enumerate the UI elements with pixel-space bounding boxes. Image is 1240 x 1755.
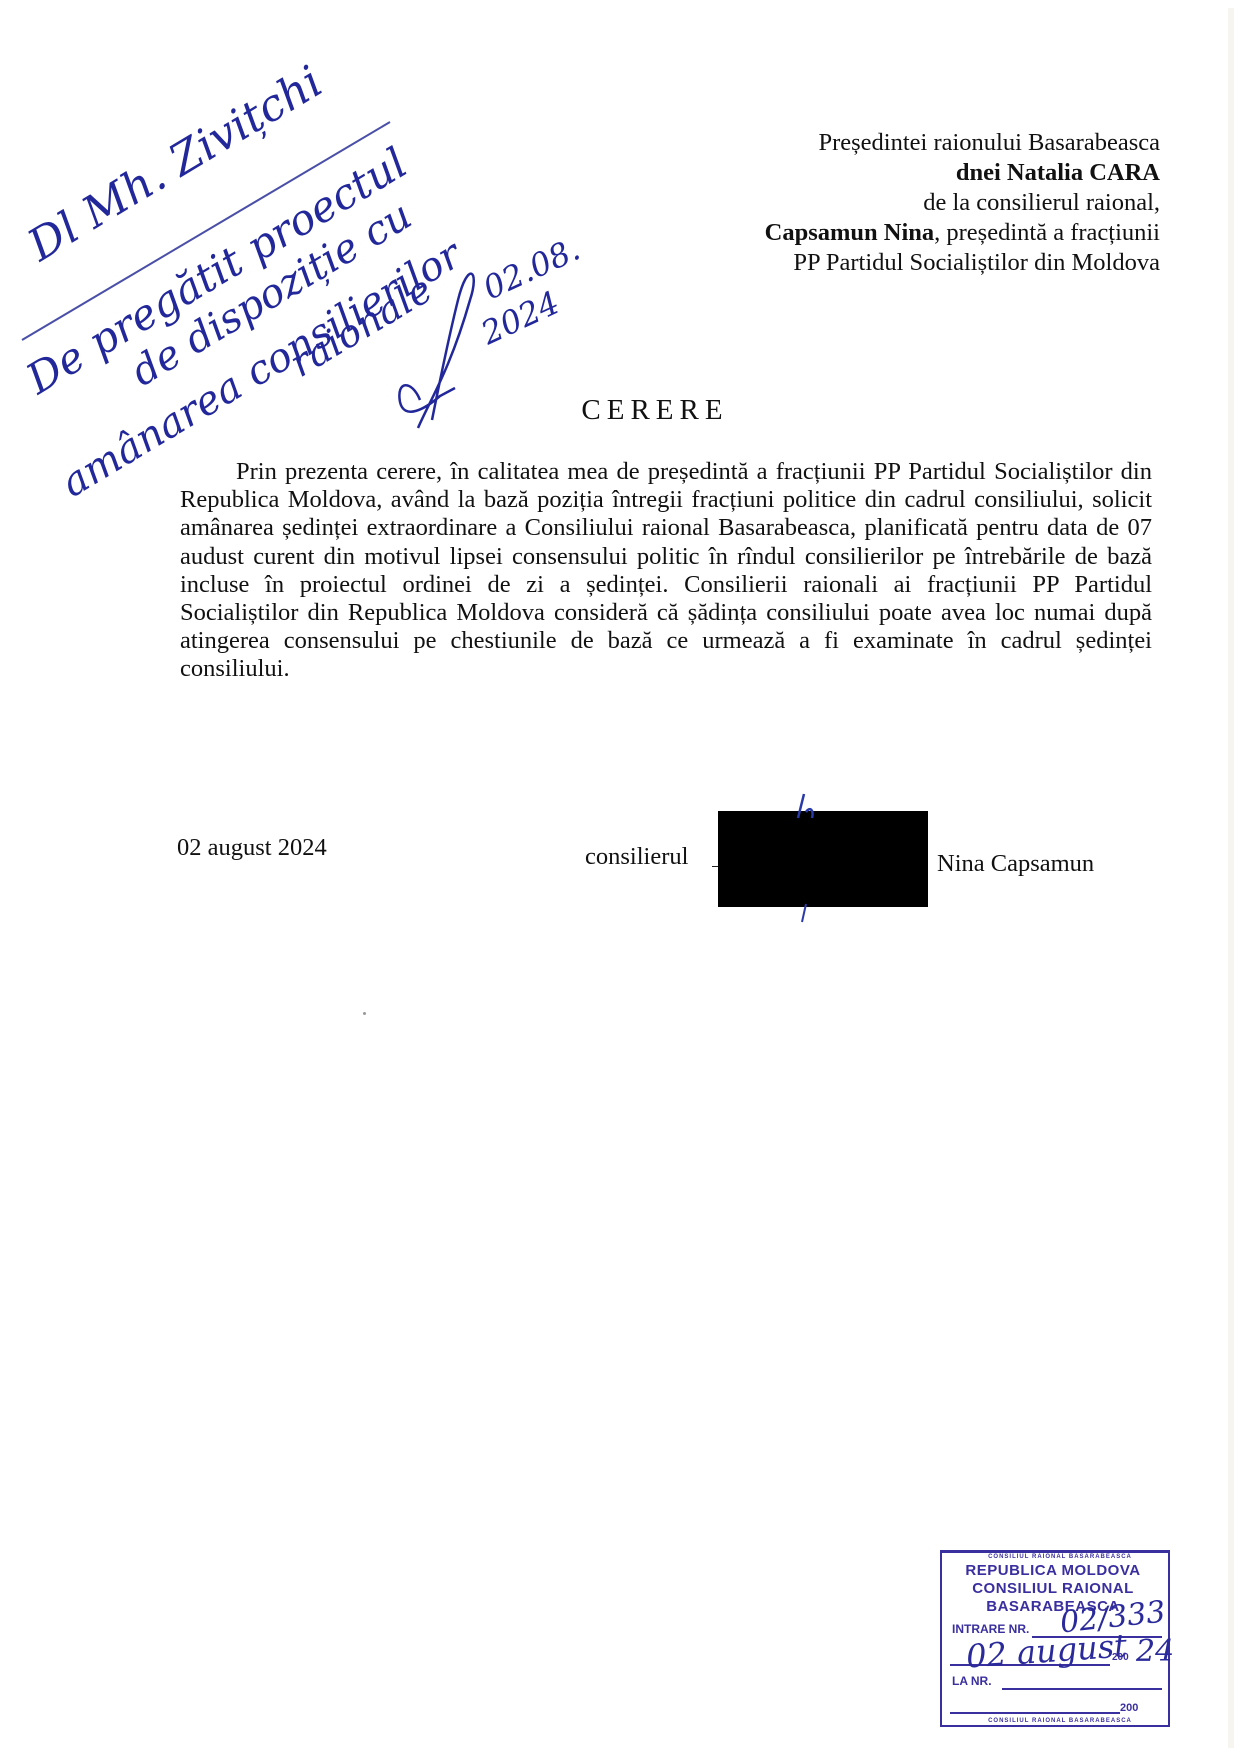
stamp-year-prefix-2: 200 — [1120, 1702, 1138, 1714]
addressee-name: dnei Natalia CARA — [765, 158, 1160, 188]
stamp-la-nr-label: LA NR. — [952, 1674, 992, 1688]
request-body: Prin prezenta cerere, în calitatea mea d… — [180, 458, 1152, 684]
stamp-rule-4 — [950, 1712, 1120, 1714]
document-date: 02 august 2024 — [177, 834, 327, 862]
document-title: CERERE — [0, 394, 1240, 427]
stamp-year-prefix: 200 — [1112, 1652, 1129, 1663]
handwritten-resolution: Dl Mh. Zivițchi De pregătit proectul de … — [0, 0, 720, 520]
document-page: Dl Mh. Zivițchi De pregătit proectul de … — [0, 0, 1240, 1755]
addressee-line-3: de la consilierul raional, — [765, 188, 1160, 218]
redacted-signature — [718, 811, 928, 907]
signature-label: consilierul — [585, 843, 688, 871]
addressee-block: Președintei raionului Basarabeasca dnei … — [765, 128, 1160, 278]
sender-role: , președintă a fracțiunii — [934, 219, 1160, 246]
stamp-year-value: 24 — [1136, 1634, 1174, 1669]
stamp-border-text-top: CONSILIUL RAIONAL BASARABEASCA — [980, 1554, 1140, 1560]
page-edge — [1228, 8, 1234, 1748]
stamp-line-2: CONSILIUL RAIONAL — [940, 1580, 1166, 1597]
addressee-line-5: PP Partidul Socialiștilor din Moldova — [765, 248, 1160, 278]
scan-speck — [363, 1012, 366, 1015]
stamp-rule-3 — [1002, 1688, 1162, 1690]
sender-name: Capsamun Nina — [765, 219, 935, 246]
resolution-line-2: De pregătit proectul — [17, 138, 415, 404]
stamp-border-text-bottom: CONSILIUL RAIONAL BASARABEASCA — [980, 1718, 1140, 1724]
addressee-line-4: Capsamun Nina, președintă a fracțiunii — [765, 218, 1160, 248]
addressee-line-1: Președintei raionului Basarabeasca — [765, 128, 1160, 158]
stamp-line-1: REPUBLICA MOLDOVA — [940, 1562, 1166, 1579]
signature-stroke — [790, 792, 820, 932]
registration-stamp: CONSILIUL RAIONAL BASARABEASCA REPUBLICA… — [940, 1542, 1176, 1732]
signer-name: Nina Capsamun — [937, 850, 1094, 878]
